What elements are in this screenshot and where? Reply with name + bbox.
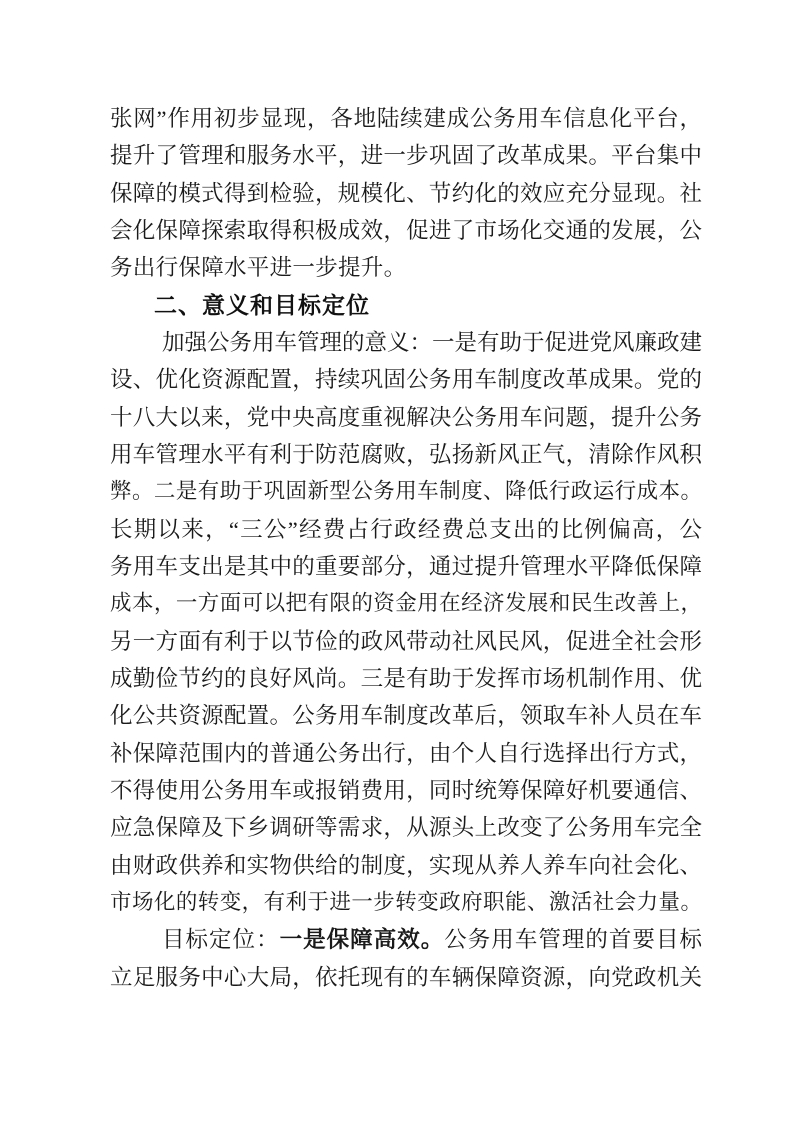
text-line: 保障的模式得到检验，规模化、节约化的效应充分显现。社: [110, 175, 702, 212]
text-line: 市场化的转变，有利于进一步转变政府职能、激活社会力量。: [110, 884, 702, 921]
document-page: 张网”作用初步显现，各地陆续建成公务用车信息化平台，提升了管理和服务水平，进一步…: [0, 0, 793, 1122]
text-segment: 目标定位：: [162, 927, 280, 952]
text-line: 由财政供养和实物供给的制度，实现从养人养车向社会化、: [110, 847, 702, 884]
section-heading: 二、意义和目标定位: [110, 287, 702, 324]
text-line: 用车管理水平有利于防范腐败，弘扬新风正气，清除作风积: [110, 436, 702, 473]
text-line: 十八大以来，党中央高度重视解决公务用车问题，提升公务: [110, 399, 702, 436]
bold-emphasis: 一是保障高效。: [280, 927, 445, 952]
text-line: 会化保障探索取得积极成效，促进了市场化交通的发展，公: [110, 212, 702, 249]
text-line: 不得使用公务用车或报销费用，同时统筹保障好机要通信、: [110, 772, 702, 809]
text-line: 务出行保障水平进一步提升。: [110, 249, 702, 286]
text-line: 另一方面有利于以节俭的政风带动社风民风，促进全社会形: [110, 623, 702, 660]
text-line: 化公共资源配置。公务用车制度改革后，领取车补人员在车: [110, 697, 702, 734]
text-line: 成勤俭节约的良好风尚。三是有助于发挥市场机制作用、优: [110, 660, 702, 697]
text-line: 立足服务中心大局，依托现有的车辆保障资源，向党政机关: [110, 959, 702, 996]
text-line: 弊。二是有助于巩固新型公务用车制度、降低行政运行成本。: [110, 473, 702, 510]
text-line: 张网”作用初步显现，各地陆续建成公务用车信息化平台，: [110, 100, 702, 137]
text-line: 设、优化资源配置，持续巩固公务用车制度改革成果。党的: [110, 361, 702, 398]
text-line: 务用车支出是其中的重要部分，通过提升管理水平降低保障: [110, 548, 702, 585]
text-line: 补保障范围内的普通公务出行，由个人自行选择出行方式，: [110, 735, 702, 772]
text-line: 提升了管理和服务水平，进一步巩固了改革成果。平台集中: [110, 137, 702, 174]
text-line: 加强公务用车管理的意义：一是有助于促进党风廉政建: [110, 324, 702, 361]
text-line: 目标定位：一是保障高效。公务用车管理的首要目标是: [110, 921, 702, 958]
text-line: 应急保障及下乡调研等需求，从源头上改变了公务用车完全: [110, 809, 702, 846]
text-line: 长期以来，“三公”经费占行政经费总支出的比例偏高，公: [110, 511, 702, 548]
text-line: 成本，一方面可以把有限的资金用在经济发展和民生改善上，: [110, 585, 702, 622]
text-block: 张网”作用初步显现，各地陆续建成公务用车信息化平台，提升了管理和服务水平，进一步…: [110, 100, 702, 996]
